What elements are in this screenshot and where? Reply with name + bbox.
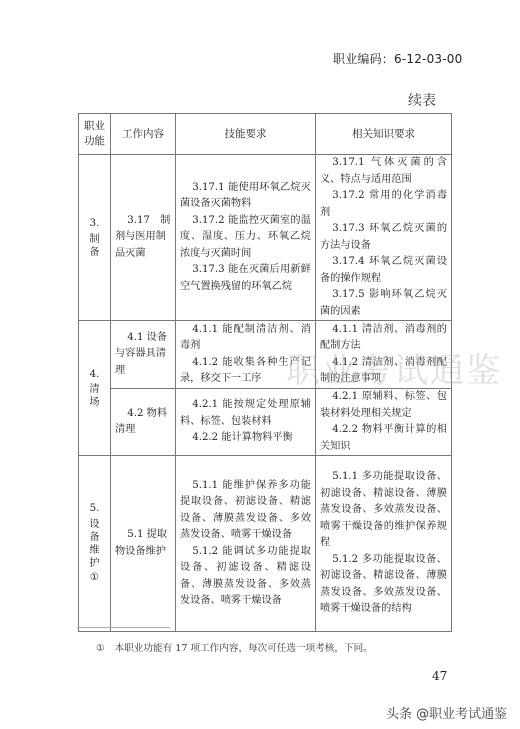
skill-item: 3.17.1 能使用环氧乙烷灭菌设备灭菌物料 bbox=[180, 180, 311, 213]
knowledge-item: 4.1.2 清洁剂、消毒剂配制的注意事项 bbox=[320, 355, 447, 388]
function-name: 设备维护 bbox=[89, 518, 101, 570]
skill-item: 4.2.2 能计算物料平衡 bbox=[180, 430, 311, 447]
table-header-row: 职业功能 工作内容 技能要求 相关知识要求 bbox=[79, 114, 452, 155]
table-row: 4. 清场 4.1 设备与容器具清理 4.1.1 能配制清洁剂、消毒剂 4.1.… bbox=[79, 321, 452, 389]
skill-item: 5.1.2 能调试多功能提取设备、初滤设备、精滤设备、薄膜蒸发设备、多效蒸发设备… bbox=[180, 544, 311, 610]
footnote-mark: ① bbox=[79, 570, 110, 587]
knowledge-item: 5.1.2 多功能提取设备、初滤设备、精滤设备、薄膜蒸发设备、多效蒸发设备、喷雾… bbox=[320, 552, 447, 618]
skill-item: 4.1.1 能配制清洁剂、消毒剂 bbox=[180, 322, 311, 355]
skill-item: 3.17.2 能监控灭菌室的温度、湿度、压力、环氧乙烷浓度与灭菌时间 bbox=[180, 213, 311, 263]
skill-item: 3.17.3 能在灭菌后用新鲜空气置换残留的环氧乙烷 bbox=[180, 262, 311, 295]
knowledge-item: 3.17.1 气体灭菌的含义、特点与适用范围 bbox=[320, 155, 447, 188]
function-cell: 3. 制备 bbox=[79, 155, 111, 321]
skill-item: 5.1.1 能维护保养多功能提取设备、初滤设备、精滤设备、薄膜蒸发设备、多效蒸发… bbox=[180, 478, 311, 544]
page-number: 47 bbox=[432, 669, 447, 683]
column-header-skills: 技能要求 bbox=[176, 114, 316, 155]
skills-cell: 4.1.1 能配制清洁剂、消毒剂 4.1.2 能收集各种生产记录，移交下一工序 bbox=[176, 321, 316, 389]
footnote-text: 本职业功能有 17 项工作内容，每次可任选一项考核，下同。 bbox=[115, 643, 373, 654]
skills-cell: 4.2.1 能按规定处理原辅料、标签、包装材料 4.2.2 能计算物料平衡 bbox=[176, 389, 316, 456]
skills-cell: 5.1.1 能维护保养多功能提取设备、初滤设备、精滤设备、薄膜蒸发设备、多效蒸发… bbox=[176, 456, 316, 632]
function-name: 清场 bbox=[89, 383, 101, 409]
knowledge-item: 4.1.1 清洁剂、消毒剂的配制方法 bbox=[320, 322, 447, 355]
footnote-mark: ① bbox=[96, 643, 105, 654]
function-cell: 5. 设备维护 ① bbox=[79, 456, 111, 632]
knowledge-cell: 4.2.1 原辅料、标签、包装材料处理相关规定 4.2.2 物料平衡计算的相关知… bbox=[316, 389, 452, 456]
knowledge-item: 4.2.1 原辅料、标签、包装材料处理相关规定 bbox=[320, 389, 447, 422]
work-content-cell: 4.2 物料清理 bbox=[111, 389, 176, 456]
table-row: 3. 制备 3.17 制剂与医用制品灭菌 3.17.1 能使用环氧乙烷灭菌设备灭… bbox=[79, 155, 452, 321]
table-row: 4.2 物料清理 4.2.1 能按规定处理原辅料、标签、包装材料 4.2.2 能… bbox=[79, 389, 452, 456]
skill-item: 4.2.1 能按规定处理原辅料、标签、包装材料 bbox=[180, 397, 311, 430]
knowledge-item: 3.17.5 影响环氧乙烷灭菌的因素 bbox=[320, 287, 447, 320]
knowledge-cell: 5.1.1 多功能提取设备、初滤设备、精滤设备、薄膜蒸发设备、多效蒸发设备、喷雾… bbox=[316, 456, 452, 632]
competency-table: 职业功能 工作内容 技能要求 相关知识要求 3. 制备 3.17 制剂与医用制品… bbox=[78, 113, 452, 632]
continued-label: 续表 bbox=[408, 90, 436, 110]
function-cell: 4. 清场 bbox=[79, 321, 111, 456]
work-content-cell: 3.17 制剂与医用制品灭菌 bbox=[111, 155, 176, 321]
work-content-cell: 4.1 设备与容器具清理 bbox=[111, 321, 176, 389]
knowledge-item: 4.2.2 物料平衡计算的相关知识 bbox=[320, 422, 447, 455]
knowledge-item: 3.17.4 环氧乙烷灭菌设备的操作规程 bbox=[320, 254, 447, 287]
table-row: 5. 设备维护 ① 5.1 提取物设备维护 5.1.1 能维护保养多功能提取设备… bbox=[79, 456, 452, 632]
knowledge-item: 5.1.1 多功能提取设备、初滤设备、精滤设备、薄膜蒸发设备、多效蒸发设备、喷雾… bbox=[320, 469, 447, 552]
column-header-function: 职业功能 bbox=[79, 114, 111, 155]
occupation-code: 职业编码：6-12-03-00 bbox=[333, 50, 462, 67]
column-header-knowledge: 相关知识要求 bbox=[316, 114, 452, 155]
footnote-divider bbox=[77, 627, 170, 628]
knowledge-item: 3.17.2 常用的化学消毒剂 bbox=[320, 188, 447, 221]
knowledge-cell: 4.1.1 清洁剂、消毒剂的配制方法 4.1.2 清洁剂、消毒剂配制的注意事项 bbox=[316, 321, 452, 389]
footnote: ①本职业功能有 17 项工作内容，每次可任选一项考核，下同。 bbox=[96, 640, 373, 654]
source-attribution: 头条 @职业考试通鉴 bbox=[386, 703, 507, 722]
work-content-cell: 5.1 提取物设备维护 bbox=[111, 456, 176, 632]
skills-cell: 3.17.1 能使用环氧乙烷灭菌设备灭菌物料 3.17.2 能监控灭菌室的温度、… bbox=[176, 155, 316, 321]
function-name: 制备 bbox=[89, 233, 101, 259]
knowledge-item: 3.17.3 环氧乙烷灭菌的方法与设备 bbox=[320, 221, 447, 254]
knowledge-cell: 3.17.1 气体灭菌的含义、特点与适用范围 3.17.2 常用的化学消毒剂 3… bbox=[316, 155, 452, 321]
column-header-work-content: 工作内容 bbox=[111, 114, 176, 155]
skill-item: 4.1.2 能收集各种生产记录，移交下一工序 bbox=[180, 355, 311, 388]
